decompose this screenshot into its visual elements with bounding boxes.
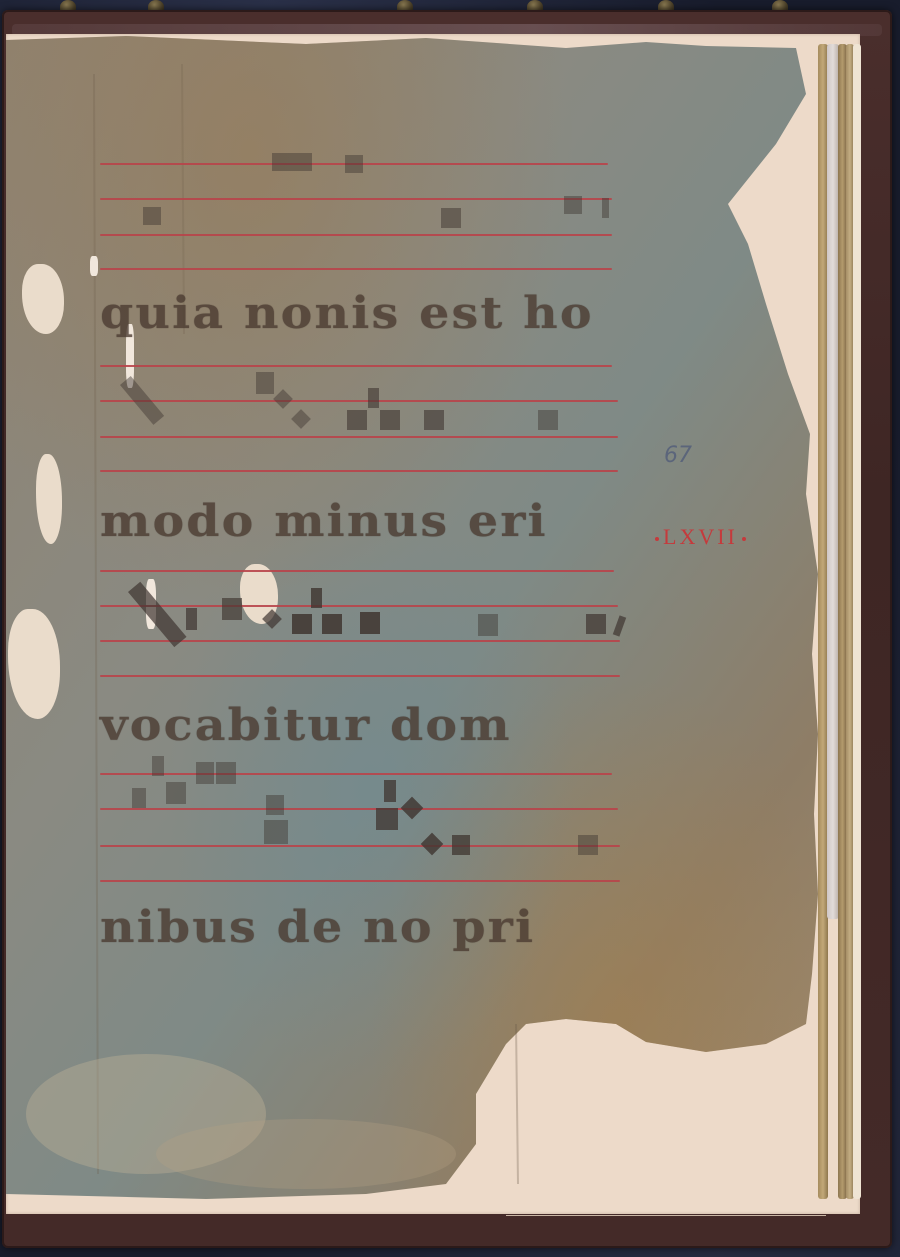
note-punctum	[384, 780, 396, 802]
note-punctum	[216, 762, 236, 784]
note-punctum	[578, 835, 598, 855]
staff-line	[100, 570, 614, 572]
folio-number-pencil: 67	[664, 443, 692, 468]
note-punctum	[360, 612, 380, 634]
mount-fold-line	[506, 1215, 826, 1216]
staff-line	[100, 436, 618, 438]
note-punctum	[452, 835, 470, 855]
note-punctum	[264, 820, 288, 844]
lyric-line-2: modo minus eri	[100, 500, 548, 544]
staff-line	[100, 880, 620, 882]
note-punctum	[478, 614, 498, 636]
folio-number-roman: LXVII	[651, 524, 750, 550]
custos	[602, 198, 609, 218]
staff-line	[100, 268, 612, 270]
note-punctum	[222, 598, 242, 620]
staff-line	[100, 808, 618, 810]
note-punctum	[311, 588, 322, 608]
staff-line	[100, 675, 620, 677]
page-edge	[853, 44, 861, 1199]
parchment-shape	[6, 34, 826, 1199]
note-punctum	[166, 782, 186, 804]
note-punctum	[143, 207, 161, 225]
note-punctum	[196, 762, 214, 784]
note-punctum	[256, 372, 274, 394]
staff-line	[100, 365, 612, 367]
parchment-loss	[36, 454, 62, 544]
note-punctum	[380, 410, 400, 430]
rubric-dot	[742, 537, 746, 541]
note-punctum	[586, 614, 606, 634]
staff-line	[100, 773, 612, 775]
staff-line	[100, 400, 618, 402]
note-punctum	[368, 388, 379, 408]
note-punctum	[441, 208, 461, 228]
lyric-line-4: nibus de no pri	[100, 906, 535, 950]
staff-line	[100, 845, 620, 847]
note-punctum	[294, 153, 312, 171]
rubric-dot	[655, 537, 659, 541]
note-punctum	[376, 808, 398, 830]
note-punctum	[564, 196, 582, 214]
staff-line	[100, 198, 612, 200]
staff-line	[100, 470, 618, 472]
lyric-line-1: quia nonis est ho	[100, 292, 594, 336]
staff-line	[100, 605, 618, 607]
parchment-flake	[90, 256, 98, 276]
parchment-leaf	[6, 34, 826, 1199]
note-punctum	[538, 410, 558, 430]
staff-line	[100, 234, 612, 236]
note-punctum	[132, 788, 146, 808]
note-punctum	[424, 410, 444, 430]
note-punctum	[345, 155, 363, 173]
note-punctum	[272, 153, 294, 171]
note-punctum	[266, 795, 284, 815]
note-punctum	[152, 756, 164, 776]
note-virga	[186, 608, 197, 630]
note-punctum	[292, 614, 312, 634]
roman-numeral: LXVII	[663, 524, 738, 549]
note-punctum	[347, 410, 367, 430]
lyric-line-3: vocabitur dom	[100, 704, 512, 748]
note-punctum	[322, 614, 342, 634]
